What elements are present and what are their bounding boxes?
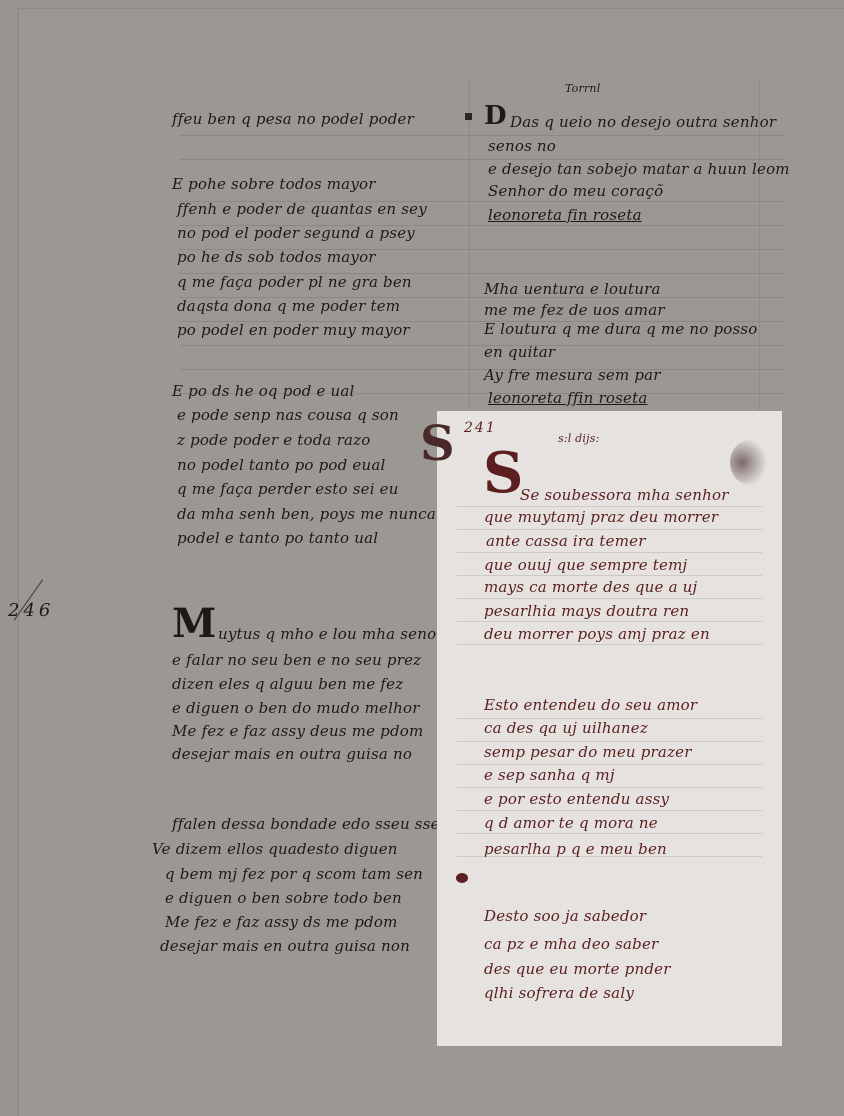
text-line: Mha uentura e loutura: [484, 280, 661, 298]
text-line: ffeu ben q pesa no podel poder: [172, 110, 414, 128]
text-line: ca pz e mha deo saber: [484, 935, 658, 953]
text-line: uytus q mho e lou mha senor: [218, 625, 444, 643]
text-line: q me faça poder pl ne gra ben: [177, 273, 412, 291]
text-line: ffalen dessa bondade edo sseu ssem: [172, 815, 454, 833]
text-line: po he ds sob todos mayor: [177, 248, 376, 266]
text-line: Das q ueio no desejo outra senhor: [510, 113, 776, 131]
text-line: semp pesar do meu prazer: [484, 743, 692, 761]
text-line: no pod el poder segund a psey: [177, 224, 415, 242]
decorated-initial-m: M: [172, 604, 216, 644]
text-line: q d amor te q mora ne: [484, 814, 658, 832]
text-line: que muytamj praz deu morrer: [484, 508, 718, 526]
text-line: Me fez e faz assy ds me pdom: [165, 913, 398, 931]
paragraph-mark: [465, 113, 472, 120]
text-line: Esto entendeu do seu amor: [484, 696, 697, 714]
text-line: pesarlha p q e meu ben: [484, 840, 667, 858]
text-line: senos no: [488, 137, 556, 155]
text-line: no podel tanto po pod eual: [177, 456, 385, 474]
text-line: da mha senh ben, poys me nunca deu: [177, 505, 470, 523]
text-line: Desto soo ja sabedor: [484, 907, 646, 925]
text-line: e pode senp nas cousa q son: [177, 406, 399, 424]
text-line: en quitar: [484, 343, 555, 361]
text-line: qlhi sofrera de saly: [484, 984, 634, 1002]
text-line: E pohe sobre todos mayor: [172, 175, 376, 193]
text-line: que ouuj que sempre temj: [484, 556, 687, 574]
refrain-line: leonoreta ffin roseta: [488, 389, 647, 407]
text-line: des que eu morte pnder: [484, 960, 671, 978]
text-line: Ve dizem ellos quadesto diguen: [152, 840, 398, 858]
text-line: deu morrer poys amj praz en: [484, 625, 710, 643]
text-line: dizen eles q alguu ben me fez: [172, 675, 403, 693]
ink-blot: [456, 873, 468, 883]
text-line: mays ca morte des que a uj: [484, 578, 697, 596]
decorated-initial-s-bleed: S: [420, 420, 455, 468]
text-line: e por esto entendu assy: [484, 790, 669, 808]
text-line: z pode poder e toda razo: [177, 431, 370, 449]
header-annotation: Torrnl: [565, 82, 600, 95]
text-line: q me faça perder esto sei eu: [177, 480, 399, 498]
text-line: podel e tanto po tanto ual: [177, 529, 378, 547]
text-line: ante cassa ira temer: [486, 532, 646, 550]
text-line: ffenh e poder de quantas en sey: [177, 200, 427, 218]
decorated-initial-d: D: [484, 103, 507, 129]
text-line: e desejo tan sobejo matar a huun leom: [488, 160, 790, 178]
text-line: me me fez de uos amar: [484, 301, 665, 319]
text-line: q bem mj fez por q scom tam sen: [165, 865, 423, 883]
text-line: e diguen o ben sobre todo ben: [165, 889, 402, 907]
rubric: s:l dijs:: [558, 432, 600, 445]
text-line: Me fez e faz assy deus me pdom: [172, 722, 423, 740]
text-line: po podel en poder muy mayor: [177, 321, 410, 339]
text-line: e falar no seu ben e no seu prez: [172, 651, 421, 669]
text-line: pesarlhia mays doutra ren: [484, 602, 689, 620]
text-line: e sep sanha q mj: [484, 766, 615, 784]
text-line: Se soubessora mha senhor: [520, 486, 729, 504]
ink-bleed-mark: [730, 440, 770, 485]
text-line: E loutura q me dura q me no posso: [484, 320, 758, 338]
text-line: Ay fre mesura sem par: [484, 366, 661, 384]
text-line: ca des qa uj uilhanez: [484, 719, 648, 737]
text-line: desejar mais en outra guisa non: [160, 937, 410, 955]
text-line: desejar mais en outra guisa no: [172, 745, 412, 763]
text-line: daqsta dona q me poder tem: [177, 297, 400, 315]
text-line: E po ds he oq pod e ual: [172, 382, 355, 400]
refrain-line: leonoreta fin roseta: [488, 206, 642, 224]
text-line: e diguen o ben do mudo melhor: [172, 699, 420, 717]
text-line: Senhor do meu coraçõ: [488, 182, 663, 200]
folio-number: 241: [464, 420, 497, 436]
decorated-initial-s: S: [483, 445, 523, 501]
